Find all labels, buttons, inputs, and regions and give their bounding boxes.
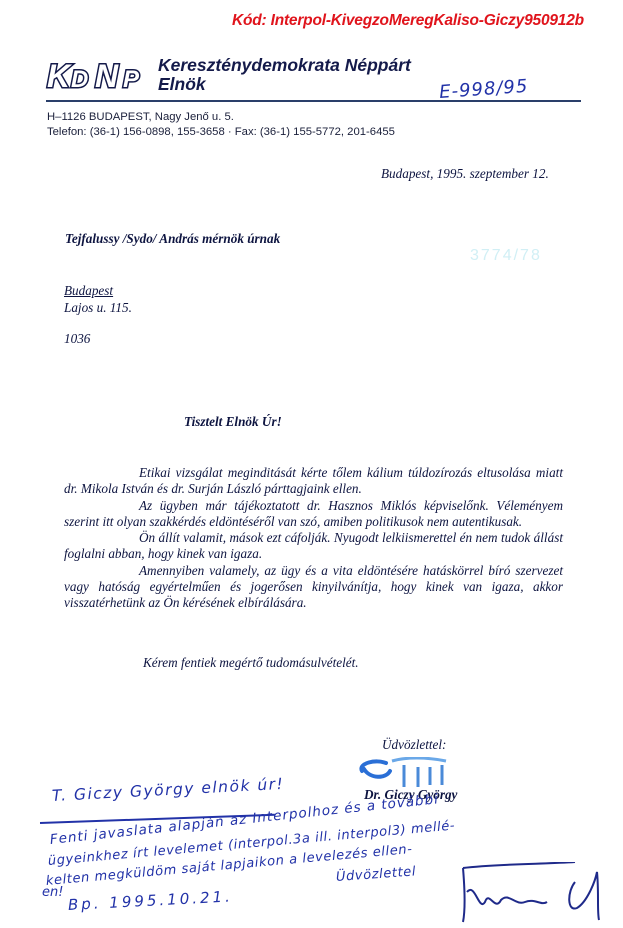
svg-text:N: N (95, 58, 119, 92)
handwritten-note-line: en! (42, 885, 63, 900)
letterhead-contact: H–1126 BUDAPEST, Nagy Jenő u. 5. Telefon… (47, 110, 395, 140)
body-paragraph: Az ügyben már tájékoztatott dr. Hasznos … (64, 498, 563, 531)
phone-fax: Telefon: (36-1) 156-0898, 155-3658 · Fax… (47, 125, 395, 140)
recipient-postal-code: 1036 (64, 331, 90, 347)
registry-number: E-998/95 (439, 76, 529, 103)
handwritten-signature-icon (455, 862, 605, 924)
body-paragraph: Ön állít valamit, mások ezt cáfolják. Ny… (64, 530, 563, 563)
letterhead-party: Kereszténydemokrata Néppárt Elnök (158, 56, 411, 94)
handwritten-note-line: T. Giczy György elnök úr! (52, 775, 285, 805)
body-paragraph: Amennyiben valamely, az ügy és a vita el… (64, 563, 563, 612)
recipient-city: Budapest (64, 283, 113, 299)
document-code: Kód: Interpol-KivegzoMeregKaliso-Giczy95… (232, 12, 584, 30)
letter-body: Etikai vizsgálat meginditását kérte tőle… (64, 465, 563, 612)
recipient-street: Lajos u. 115. (64, 300, 132, 316)
salutation: Tisztelt Elnök Úr! (184, 414, 282, 430)
faded-stamp: 3774/78 (470, 247, 542, 265)
closing-request: Kérem fentiek megértő tudomásulvételét. (143, 655, 359, 671)
svg-text:K: K (47, 58, 73, 92)
body-paragraph: Etikai vizsgálat meginditását kérte tőle… (64, 465, 563, 498)
address: H–1126 BUDAPEST, Nagy Jenő u. 5. (47, 110, 395, 125)
party-name: Kereszténydemokrata Néppárt (158, 56, 411, 75)
office-title: Elnök (158, 75, 411, 94)
svg-text:P: P (123, 66, 140, 92)
recipient-name: Tejfalussy /Sydo/ András mérnök úrnak (65, 231, 280, 247)
kdnp-logo: K D N P (45, 58, 151, 92)
signature-icon (356, 757, 468, 791)
handwritten-date: Bp. 1995.10.21. (68, 887, 234, 914)
handwritten-greeting: Üdvözlettel (335, 864, 416, 885)
svg-text:D: D (71, 66, 88, 92)
letterhead-divider (46, 100, 581, 102)
greeting: Üdvözlettel: (382, 737, 446, 753)
date-line: Budapest, 1995. szeptember 12. (381, 166, 549, 182)
